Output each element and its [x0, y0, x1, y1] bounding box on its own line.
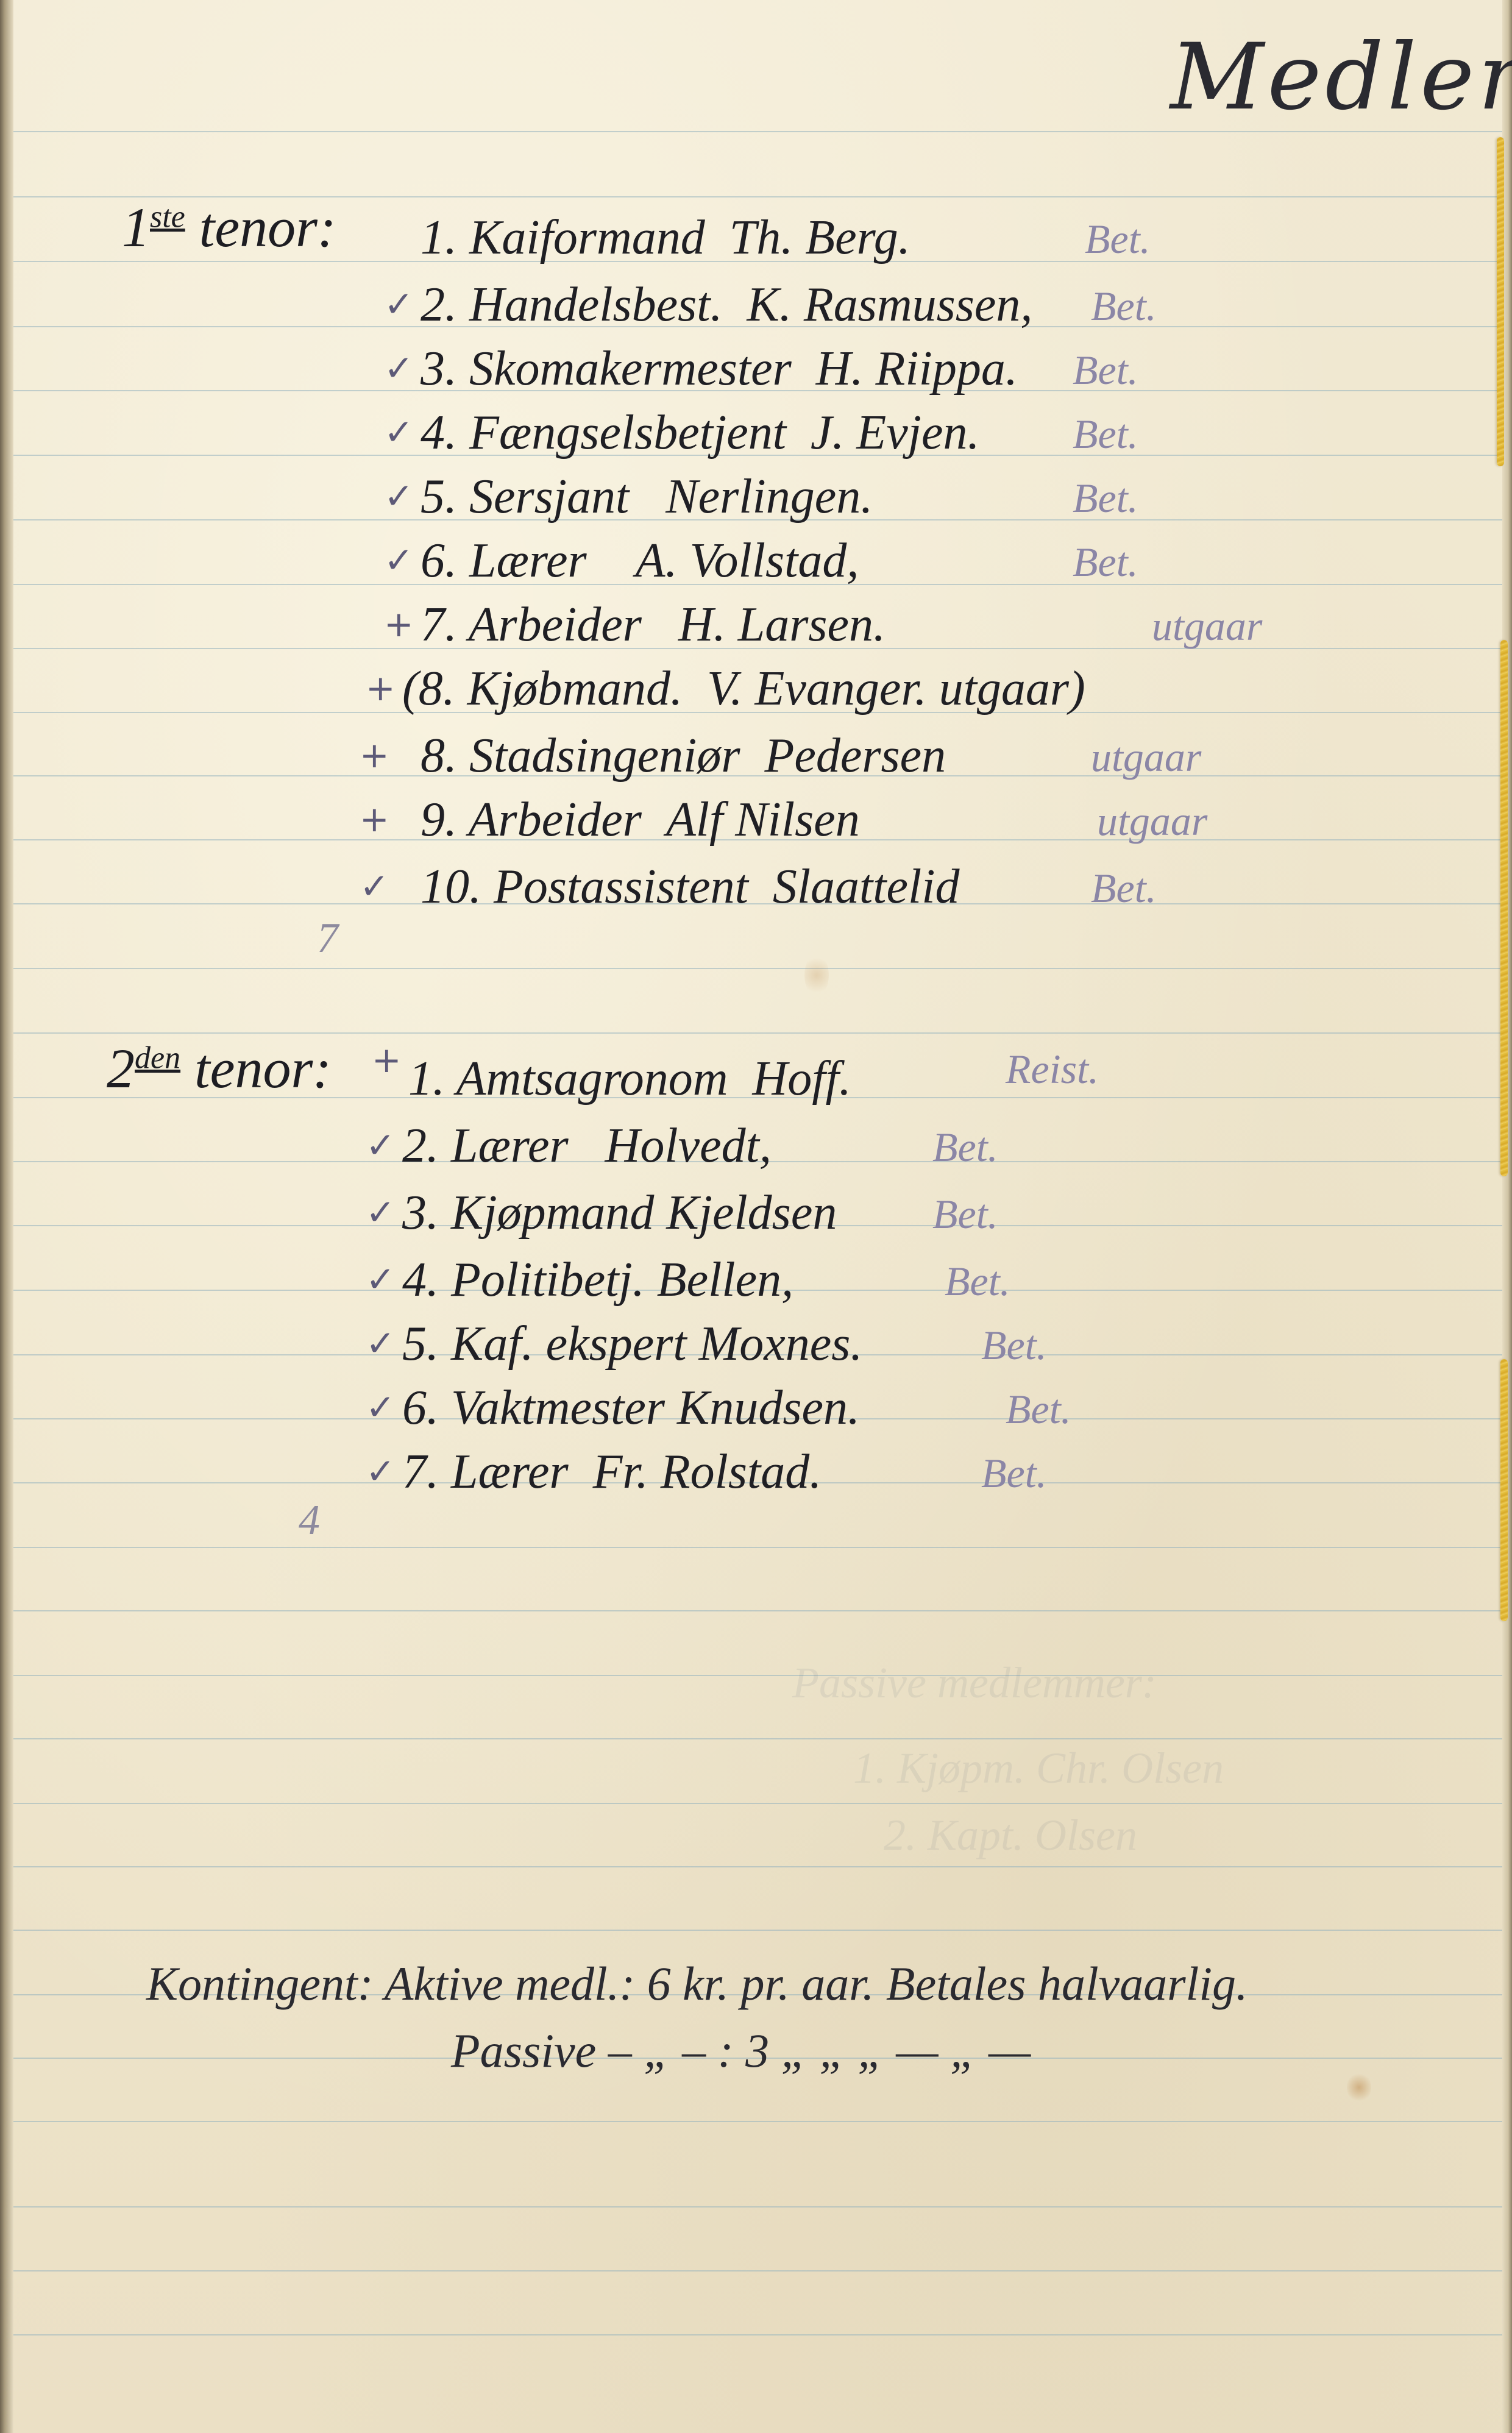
member-entry: 5. Kaf. ekspert Moxnes. [402, 1316, 862, 1372]
cross-mark: + [384, 603, 414, 645]
member-entry: 7. Arbeider H. Larsen. [421, 597, 886, 653]
member-entry: 4. Politibetj. Bellen, [402, 1252, 793, 1308]
kontingent-label: Kontingent: [146, 1957, 374, 2010]
binding-thread [1500, 1359, 1508, 1621]
count-note: 7 [317, 914, 338, 963]
ruled-line [13, 1547, 1502, 1548]
ruled-line [13, 1930, 1502, 1931]
payment-status: Bet. [932, 1123, 998, 1171]
member-entry: 2. Lærer Holvedt, [402, 1118, 772, 1174]
bleed-through-text: Passive medlemmer: [792, 1658, 1157, 1708]
check-mark: ✓ [384, 347, 414, 389]
ruled-line [13, 1032, 1502, 1034]
bleed-through-text: 1. Kjøpm. Chr. Olsen [853, 1743, 1224, 1794]
payment-status: Bet. [1073, 474, 1138, 522]
member-entry: 1. Amtsagronom Hoff. [408, 1051, 851, 1107]
ruled-line [13, 968, 1502, 969]
cross-mark: + [360, 798, 389, 840]
check-mark: ✓ [366, 1259, 396, 1300]
ledger-page: Passive medlemmer: 1. Kjøpm. Chr. Olsen … [0, 0, 1512, 2433]
check-mark: ✓ [384, 283, 414, 325]
ruled-line [13, 2334, 1502, 2335]
page-edge-left [0, 0, 13, 2433]
section-voice: tenor: [199, 196, 336, 258]
payment-status: utgaar [1097, 797, 1207, 845]
check-mark: ✓ [366, 1192, 396, 1233]
cross-mark: + [372, 1039, 402, 1081]
check-mark: ✓ [384, 475, 414, 517]
binding-thread [1500, 640, 1508, 1176]
page-heading: Medlem [1170, 24, 1512, 130]
member-entry: 6. Vaktmester Knudsen. [402, 1380, 860, 1436]
cross-mark: + [360, 734, 389, 776]
section-number: 2 [107, 1037, 135, 1099]
cross-mark: + [366, 667, 396, 709]
ruled-line [13, 1675, 1502, 1676]
kontingent-active-line: Kontingent: Aktive medl.: 6 kr. pr. aar.… [146, 1956, 1248, 2011]
check-mark: ✓ [366, 1451, 396, 1492]
member-entry: 6. Lærer A. Vollstad, [421, 533, 859, 589]
member-entry: 3. Kjøpmand Kjeldsen [402, 1185, 837, 1241]
binding-thread [1497, 137, 1504, 466]
ruled-line [13, 2206, 1502, 2207]
member-entry: 7. Lærer Fr. Rolstad. [402, 1444, 822, 1500]
ruled-line [13, 1610, 1502, 1611]
payment-status: Reist. [1006, 1045, 1099, 1093]
kontingent-passive: – „ – : 3 „ „ „ — „ — [608, 2024, 1031, 2077]
check-mark: ✓ [366, 1124, 396, 1166]
ruled-line [13, 2121, 1502, 2122]
member-entry: 10. Postassistent Slaattelid [421, 859, 959, 915]
payment-status: Bet. [1073, 410, 1138, 458]
section-label-first-tenor: 1ste tenor: [122, 195, 336, 260]
payment-status: Bet. [945, 1257, 1010, 1305]
ruled-line [13, 131, 1502, 132]
check-mark: ✓ [384, 411, 414, 453]
member-entry: 8. Stadsingeniør Pedersen [421, 728, 946, 784]
count-note: 4 [299, 1496, 320, 1545]
ruled-line [13, 1803, 1502, 1804]
kontingent-passive-line: Passive – „ – : 3 „ „ „ — „ — [451, 2023, 1031, 2078]
payment-status: Bet. [932, 1190, 998, 1238]
member-entry: 5. Sersjant Nerlingen. [421, 469, 873, 525]
payment-status: Bet. [1091, 282, 1157, 330]
member-entry: (8. Kjøbmand. V. Evanger. utgaar) [402, 661, 1085, 717]
member-entry: 2. Handelsbest. K. Rasmussen, [421, 277, 1032, 333]
check-mark: ✓ [366, 1323, 396, 1364]
check-mark: ✓ [384, 539, 414, 581]
section-number: 1 [122, 196, 150, 258]
section-label-second-tenor: 2den tenor: [107, 1036, 332, 1101]
payment-status: Bet. [981, 1449, 1047, 1497]
member-entry: 9. Arbeider Alf Nilsen [421, 792, 860, 848]
payment-status: Bet. [1085, 215, 1151, 263]
payment-status: Bet. [1006, 1385, 1071, 1433]
payment-status: Bet. [1091, 864, 1157, 912]
paper-stain [804, 954, 829, 996]
payment-status: utgaar [1091, 733, 1201, 781]
payment-status: Bet. [1073, 538, 1138, 586]
ruled-line [13, 1866, 1502, 1867]
payment-status: Bet. [981, 1321, 1047, 1369]
check-mark: ✓ [366, 1387, 396, 1428]
section-ordinal: den [135, 1040, 180, 1075]
payment-status: Bet. [1073, 346, 1138, 394]
member-entry: 4. Fængselsbetjent J. Evjen. [421, 405, 980, 461]
kontingent-active: Aktive medl.: 6 kr. pr. aar. Betales hal… [385, 1957, 1248, 2010]
ruled-line [13, 2270, 1502, 2271]
member-entry: 1. Kaiformand Th. Berg. [421, 210, 910, 266]
check-mark: ✓ [360, 865, 389, 907]
payment-status: utgaar [1152, 602, 1262, 650]
kontingent-passive-label: Passive [451, 2024, 596, 2077]
member-entry: 3. Skomakermester H. Riippa. [421, 341, 1018, 397]
ruled-line [13, 1738, 1502, 1739]
bleed-through-text: 2. Kapt. Olsen [884, 1810, 1137, 1861]
paper-stain [1347, 2072, 1371, 2103]
section-ordinal: ste [150, 199, 185, 234]
section-voice: tenor: [194, 1037, 332, 1099]
